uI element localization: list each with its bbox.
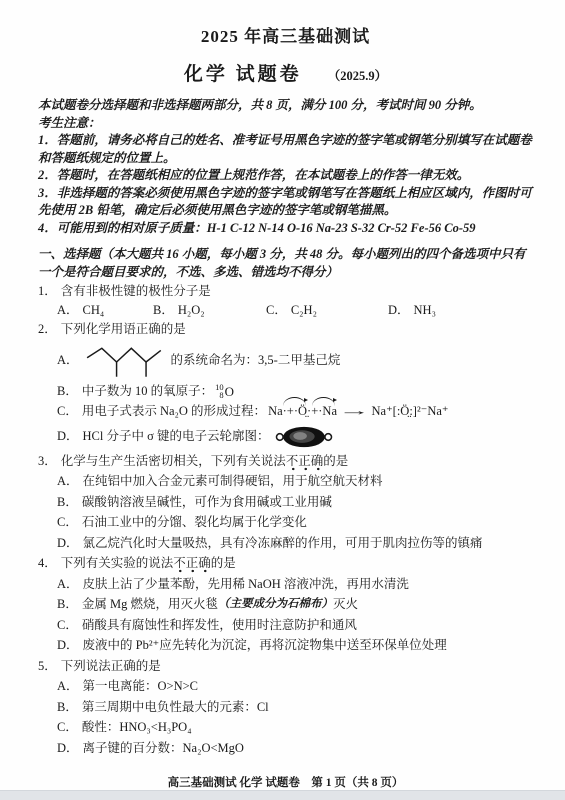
electron-formula-reactants: Na·+·Ö̤·+·Na: [268, 403, 337, 421]
option-b: B． 中子数为 10 的氧原子： 108O: [38, 383, 533, 401]
question-stem-text: 的是: [323, 454, 348, 468]
option-label: C．: [57, 403, 78, 421]
option-label: B．: [153, 303, 174, 317]
option-c: C． 用电子式表示 Na₂O 的形成过程： Na·+·Ö̤·+·Na → Na⁺…: [38, 403, 533, 421]
option-a: A．CH₄: [57, 302, 153, 320]
option-label: B．: [57, 383, 78, 401]
atomic-number: 8: [219, 391, 223, 400]
option-text: 第一电离能：O>N>C: [83, 678, 199, 696]
notice-item-3: 3．非选择题的答案必须使用黑色字迹的签字笔或钢笔写在答题纸上相应区域内，作图时可…: [38, 185, 533, 220]
option-label: D．: [57, 535, 79, 553]
option-label: B．: [57, 596, 78, 614]
question-stem-text: 含有非极性键的极性分子是: [61, 284, 211, 298]
isotope-notation: 108O: [215, 383, 234, 401]
section-header: 一、选择题（本大题共 16 小题，每小题 3 分，共 48 分。每小题列出的四个…: [38, 246, 533, 281]
question-number: 1．: [38, 284, 57, 298]
option-text: C₂H₂: [291, 303, 317, 317]
option-c: C．石油工业中的分馏、裂化均属于化学变化: [38, 514, 533, 532]
page-footer: 高三基础测试 化学 试题卷 第 1 页（共 8 页）: [38, 774, 533, 790]
question-stem-text: 下列有关实验的说法: [61, 556, 174, 570]
question-5: 5．下列说法正确的是 A．第一电离能：O>N>C B．第三周期中电负性最大的元素…: [38, 658, 533, 758]
option-a: A．皮肤上沾了少量苯酚，先用稀 NaOH 溶液冲洗，再用水清洗: [38, 576, 533, 594]
question-number: 5．: [38, 659, 57, 673]
question-3-stem: 3．化学与生产生活密切相关，下列有关说法不正确的是: [38, 453, 533, 471]
electron-cloud-svg: [273, 424, 335, 450]
question-stem-text: 化学与生产生活密切相关，下列有关说法: [61, 454, 286, 468]
notice-item-4: 4．可能用到的相对原子质量：H-1 C-12 N-14 O-16 Na-23 S…: [38, 220, 533, 238]
option-text: 用电子式表示 Na₂O 的形成过程：: [82, 403, 266, 421]
notice-item-2: 2．答题时，在答题纸相应的位置上规范作答，在本试题卷上的作答一律无效。: [38, 167, 533, 185]
option-text: 离子键的百分数：Na₂O<MgO: [83, 740, 244, 758]
option-text: 灭火: [333, 596, 358, 614]
option-d: D．NH₃: [388, 302, 533, 320]
reactants-text: Na·+·Ö̤·+·Na: [268, 404, 337, 418]
option-label: C．: [57, 719, 78, 737]
page-content: 2025 年高三基础测试 化学 试题卷（2025.9） 本试题卷分选择题和非选择…: [0, 0, 565, 790]
question-2: 2．下列化学用语正确的是 A． 的系统命名为：3,5-二甲基己烷 B． 中子数为…: [38, 321, 533, 450]
option-c: C．酸性：HNO₃<H₃PO₄: [38, 719, 533, 737]
option-label: B．: [57, 494, 78, 512]
option-text: 硝酸具有腐蚀性和挥发性，使用时注意防护和通风: [82, 617, 357, 635]
option-d: D．废液中的 Pb²⁺应先转化为沉淀，再将沉淀物集中送至环保单位处理: [38, 637, 533, 655]
page-title: 2025 年高三基础测试: [38, 22, 533, 47]
question-3: 3．化学与生产生活密切相关，下列有关说法不正确的是 A．在纯铝中加入合金元素可制…: [38, 453, 533, 553]
option-text: CH₄: [83, 303, 105, 317]
option-label: B．: [57, 699, 78, 717]
option-text: 酸性：HNO₃<H₃PO₄: [82, 719, 192, 737]
option-text: 石油工业中的分馏、裂化均属于化学变化: [82, 514, 307, 532]
reaction-arrow-icon: →: [338, 403, 371, 421]
option-label: A．: [57, 678, 79, 696]
option-text: 中子数为 10 的氧原子：: [82, 383, 213, 401]
option-a: A． 的系统命名为：3,5-二甲基己烷: [38, 342, 533, 380]
skeletal-formula-svg: [85, 344, 165, 380]
question-stem-text: 的是: [211, 556, 236, 570]
isotope-numbers: 108: [215, 383, 224, 401]
option-text: H₂O₂: [178, 303, 205, 317]
option-a: A．第一电离能：O>N>C: [38, 678, 533, 696]
exam-intro: 本试题卷分选择题和非选择题两部分，共 8 页，满分 100 分，考试时间 90 …: [38, 97, 533, 115]
option-text: HCl 分子中 σ 键的电子云轮廓图：: [83, 428, 270, 446]
option-text: 皮肤上沾了少量苯酚，先用稀 NaOH 溶液冲洗，再用水清洗: [83, 576, 409, 594]
option-label: C．: [57, 617, 78, 635]
option-text: 碳酸钠溶液呈碱性，可作为食用碱或工业用碱: [82, 494, 332, 512]
question-number: 2．: [38, 322, 57, 336]
question-1: 1．含有非极性键的极性分子是 A．CH₄ B．H₂O₂ C．C₂H₂ D．NH₃: [38, 283, 533, 319]
option-label: A．: [57, 473, 79, 491]
option-label: A．: [57, 576, 79, 594]
element-symbol: O: [225, 383, 234, 401]
option-text: 氯乙烷汽化时大量吸热，具有冷冻麻醉的作用，可用于肌肉拉伤等的镇痛: [83, 535, 483, 553]
option-label: C．: [57, 514, 78, 532]
emphasized-text: 不正确: [173, 556, 211, 573]
option-b: B．H₂O₂: [153, 302, 266, 320]
option-label: C．: [266, 303, 287, 317]
question-5-stem: 5．下列说法正确的是: [38, 658, 533, 676]
question-stem-text: 下列化学用语正确的是: [61, 322, 186, 336]
option-b: B．第三周期中电负性最大的元素：Cl: [38, 699, 533, 717]
option-text: NH₃: [414, 303, 436, 317]
option-label: D．: [57, 428, 79, 446]
subject-title: 化学 试题卷: [184, 64, 302, 85]
option-label: D．: [388, 303, 410, 317]
option-b: B．金属 Mg 燃烧，用灭火毯（主要成分为石棉布）灭火: [38, 596, 533, 614]
notice-heading: 考生注意：: [38, 115, 533, 133]
option-label: A．: [57, 303, 79, 317]
question-stem-text: 下列说法正确的是: [61, 659, 161, 673]
curved-arrow-icon: [312, 397, 335, 406]
notice-item-1: 1．答题前，请务必将自己的姓名、准考证号用黑色字迹的签字笔或钢笔分别填写在试题卷…: [38, 132, 533, 167]
scan-edge-shadow: [0, 790, 565, 800]
option-text: 废液中的 Pb²⁺应先转化为沉淀，再将沉淀物集中送至环保单位处理: [83, 637, 447, 655]
question-4: 4．下列有关实验的说法不正确的是 A．皮肤上沾了少量苯酚，先用稀 NaOH 溶液…: [38, 555, 533, 655]
option-d: D． HCl 分子中 σ 键的电子云轮廓图：: [38, 424, 533, 450]
option-paren-note: （主要成分为石棉布）: [218, 596, 333, 614]
electron-formula-products: Na⁺[:Ö̤:]²⁻Na⁺: [372, 403, 449, 421]
question-2-stem: 2．下列化学用语正确的是: [38, 321, 533, 339]
exam-date: （2025.9）: [328, 69, 387, 83]
subtitle-row: 化学 试题卷（2025.9）: [38, 59, 533, 86]
option-d: D．氯乙烷汽化时大量吸热，具有冷冻麻醉的作用，可用于肌肉拉伤等的镇痛: [38, 535, 533, 553]
question-1-stem: 1．含有非极性键的极性分子是: [38, 283, 533, 301]
option-c: C．C₂H₂: [266, 302, 388, 320]
question-4-stem: 4．下列有关实验的说法不正确的是: [38, 555, 533, 573]
option-c: C．硝酸具有腐蚀性和挥发性，使用时注意防护和通风: [38, 617, 533, 635]
option-label: D．: [57, 637, 79, 655]
option-text: 金属 Mg 燃烧，用灭火毯: [82, 596, 218, 614]
option-b: B．碳酸钠溶液呈碱性，可作为食用碱或工业用碱: [38, 494, 533, 512]
question-number: 4．: [38, 556, 57, 570]
option-text: 第三周期中电负性最大的元素：Cl: [82, 699, 269, 717]
curved-arrow-icon: [283, 397, 306, 406]
option-label: D．: [57, 740, 79, 758]
option-text: 的系统命名为：3,5-二甲基己烷: [171, 352, 341, 370]
option-label: A．: [57, 352, 79, 370]
option-d: D．离子键的百分数：Na₂O<MgO: [38, 740, 533, 758]
emphasized-text: 不正确: [286, 454, 324, 471]
exam-paper-page: 2025 年高三基础测试 化学 试题卷（2025.9） 本试题卷分选择题和非选择…: [0, 0, 565, 800]
question-number: 3．: [38, 454, 57, 468]
option-a: A．在纯铝中加入合金元素可制得硬铝，用于航空航天材料: [38, 473, 533, 491]
option-text: 在纯铝中加入合金元素可制得硬铝，用于航空航天材料: [83, 473, 383, 491]
question-1-options: A．CH₄ B．H₂O₂ C．C₂H₂ D．NH₃: [38, 302, 533, 320]
